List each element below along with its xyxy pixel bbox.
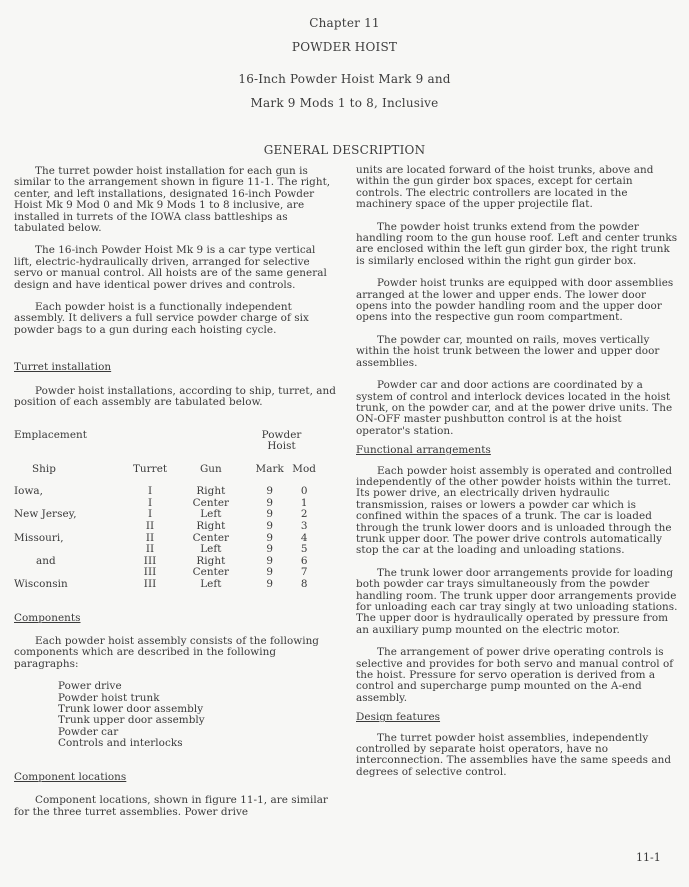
chapter-title: POWDER HOIST — [0, 40, 689, 54]
paragraph: The turret powder hoist assemblies, inde… — [356, 733, 678, 779]
heading-components: Components — [14, 613, 336, 624]
col-header-mod: Mod — [292, 464, 316, 487]
paragraph: The arrangement of power drive operating… — [356, 647, 678, 704]
paragraph: Each powder hoist is a functionally inde… — [14, 302, 336, 336]
cell-ship: Iowa, — [14, 486, 125, 498]
cell-ship: and — [14, 556, 125, 568]
subtitle-line-2: Mark 9 Mods 1 to 8, Inclusive — [0, 96, 689, 110]
cell-ship: Missouri, — [14, 533, 125, 545]
paragraph: units are located forward of the hoist t… — [356, 165, 678, 211]
col-header-gun: Gun — [175, 464, 247, 487]
paragraph: Component locations, shown in figure 11-… — [14, 795, 336, 818]
table-row: WisconsinIIILeft98 — [14, 579, 316, 591]
left-column: The turret powder hoist installation for… — [14, 166, 336, 829]
right-column: units are located forward of the hoist t… — [356, 165, 678, 789]
cell-ship: New Jersey, — [14, 509, 125, 521]
components-list: Power drivePowder hoist trunkTrunk lower… — [58, 681, 336, 749]
paragraph: Powder hoist installations, according to… — [14, 386, 336, 409]
col-header-turret: Turret — [125, 464, 174, 487]
cell-turret: III — [125, 579, 174, 591]
heading-component-locations: Component locations — [14, 772, 336, 783]
paragraph: The turret powder hoist installation for… — [14, 166, 336, 234]
group-header-powder-hoist: Powder Hoist — [247, 430, 316, 464]
cell-mark: 9 — [247, 521, 292, 533]
table-row: IIRight93 — [14, 521, 316, 533]
chapter-number: Chapter 11 — [0, 16, 689, 30]
cell-gun: Left — [175, 579, 247, 591]
paragraph: Powder car and door actions are coordina… — [356, 380, 678, 437]
cell-mod: 8 — [292, 579, 316, 591]
table-group-header: Emplacement Powder Hoist — [14, 430, 316, 464]
cell-mod: 3 — [292, 521, 316, 533]
col-header-ship: Ship — [14, 464, 125, 487]
paragraph: The powder hoist trunks extend from the … — [356, 222, 678, 268]
cell-gun: Right — [175, 521, 247, 533]
table-body: Iowa,IRight90ICenter91New Jersey,ILeft92… — [14, 486, 316, 590]
heading-turret-installation: Turret installation — [14, 362, 336, 373]
list-item: Power drive — [58, 681, 336, 692]
cell-ship — [14, 544, 125, 556]
paragraph: Each powder hoist assembly is operated a… — [356, 466, 678, 557]
heading-design-features: Design features — [356, 712, 678, 723]
heading-functional-arrangements: Functional arrangements — [356, 445, 678, 456]
cell-mark: 9 — [247, 579, 292, 591]
paragraph: The powder car, mounted on rails, moves … — [356, 335, 678, 369]
list-item: Controls and interlocks — [58, 738, 336, 749]
col-header-mark: Mark — [247, 464, 292, 487]
section-heading: GENERAL DESCRIPTION — [0, 143, 689, 157]
table-header: Ship Turret Gun Mark Mod — [14, 464, 316, 487]
paragraph: The 16-inch Powder Hoist Mk 9 is a car t… — [14, 245, 336, 291]
installation-table: Emplacement Powder Hoist Ship Turret Gun… — [14, 430, 316, 591]
paragraph: Powder hoist trunks are equipped with do… — [356, 278, 678, 324]
subtitle-line-1: 16-Inch Powder Hoist Mark 9 and — [0, 72, 689, 86]
cell-ship: Wisconsin — [14, 579, 125, 591]
paragraph: Each powder hoist assembly consists of t… — [14, 636, 336, 670]
group-header-emplacement: Emplacement — [14, 430, 247, 464]
cell-ship — [14, 521, 125, 533]
paragraph: The trunk lower door arrangements provid… — [356, 568, 678, 636]
page-number: 11-1 — [636, 851, 661, 864]
cell-turret: II — [125, 521, 174, 533]
